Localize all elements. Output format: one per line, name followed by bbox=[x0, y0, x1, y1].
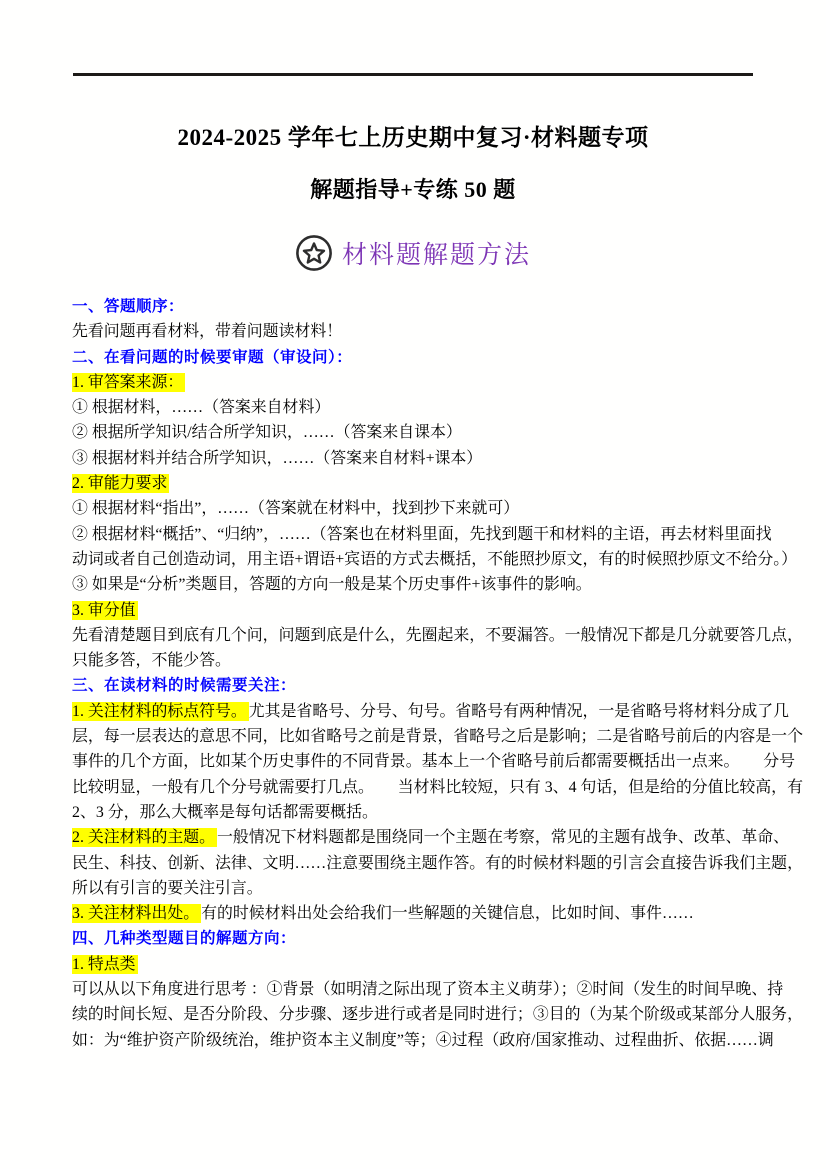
highlighted-text: 1. 特点类 bbox=[72, 955, 138, 974]
text-line: 2. 审能力要求 bbox=[72, 471, 767, 496]
method-heading: 材料题解题方法 bbox=[0, 234, 826, 272]
text-line: ① 根据材料“指出”，……（答案就在材料中，找到抄下来就可） bbox=[72, 496, 767, 521]
section-heading: 一、答题顺序： bbox=[72, 298, 184, 315]
text-line: 层，每一层表达的意思不同，比如省略号之前是背景，省略号之后是影响；二是省略号前后… bbox=[72, 724, 767, 749]
body-text: ③ 根据材料并结合所学知识，……（答案来自材料+课本） bbox=[72, 450, 482, 467]
method-heading-label: 材料题解题方法 bbox=[342, 235, 531, 271]
text-line: 四、几种类型题目的解题方向： bbox=[72, 926, 767, 951]
text-line: 民生、科技、创新、法律、文明……注意要围绕主题作答。有的时候材料题的引言会直接告… bbox=[72, 851, 767, 876]
body-text: 一般情况下材料题都是围绕同一个主题在考察，常见的主题有战争、改革、革命、 bbox=[217, 829, 789, 846]
body-text: 只能多答，不能少答。 bbox=[72, 652, 231, 669]
text-line: ③ 如果是“分析”类题目，答题的方向一般是某个历史事件+该事件的影响。 bbox=[72, 572, 767, 597]
text-line: 三、在读材料的时候需要关注： bbox=[72, 673, 767, 698]
body-text: ① 根据材料“指出”，……（答案就在材料中，找到抄下来就可） bbox=[72, 500, 519, 517]
document-page: 2024-2025 学年七上历史期中复习·材料题专项 解题指导+专练 50 题 … bbox=[0, 0, 826, 1169]
text-line: 1. 审答案来源： bbox=[72, 370, 767, 395]
body-text: 尤其是省略号、分号、句号。省略号有两种情况，一是省略号将材料分成了几 bbox=[249, 703, 789, 720]
highlighted-text: 2. 关注材料的主题。 bbox=[72, 828, 217, 847]
text-line: 动词或者自己创造动词，用主语+谓语+宾语的方式去概括，不能照抄原文，有的时候照抄… bbox=[72, 547, 767, 572]
body-text: ③ 如果是“分析”类题目，答题的方向一般是某个历史事件+该事件的影响。 bbox=[72, 576, 592, 593]
body-text: 比较明显，一般有几个分号就需要打几点。 当材料比较短，只有 3、4 句话，但是给… bbox=[72, 779, 803, 796]
text-line: 可以从以下角度进行思考 ：①背景（如明清之际出现了资本主义萌芽）；②时间（发生的… bbox=[72, 977, 767, 1002]
text-line: 所以有引言的要关注引言。 bbox=[72, 876, 767, 901]
content-body: 一、答题顺序：先看问题再看材料，带着问题读材料！二、在看问题的时候要审题（审设问… bbox=[72, 294, 767, 1053]
document-subtitle: 解题指导+专练 50 题 bbox=[0, 173, 826, 204]
text-line: 1. 关注材料的标点符号。尤其是省略号、分号、句号。省略号有两种情况，一是省略号… bbox=[72, 699, 767, 724]
text-line: 一、答题顺序： bbox=[72, 294, 767, 319]
section-heading: 三、在读材料的时候需要关注： bbox=[72, 677, 296, 694]
body-text: 续的时间长短、是否分阶段、分步骤、逐步进行或者是同时进行；③目的（为某个阶级或某… bbox=[72, 1006, 803, 1023]
body-text: ① 根据材料，……（答案来自材料） bbox=[72, 399, 330, 416]
highlighted-text: 3. 关注材料出处。 bbox=[72, 904, 201, 923]
section-heading: 四、几种类型题目的解题方向： bbox=[72, 930, 296, 947]
text-line: 3. 关注材料出处。有的时候材料出处会给我们一些解题的关键信息，比如时间、事件…… bbox=[72, 901, 767, 926]
section-heading: 二、在看问题的时候要审题（审设问）： bbox=[72, 349, 352, 366]
text-line: 比较明显，一般有几个分号就需要打几点。 当材料比较短，只有 3、4 句话，但是给… bbox=[72, 775, 767, 800]
text-line: 续的时间长短、是否分阶段、分步骤、逐步进行或者是同时进行；③目的（为某个阶级或某… bbox=[72, 1002, 767, 1027]
text-line: ② 根据所学知识/结合所学知识，……（答案来自课本） bbox=[72, 420, 767, 445]
body-text: 2、3 分，那么大概率是每句话都需要概括。 bbox=[72, 804, 378, 821]
body-text: 先看清楚题目到底有几个问，问题到底是什么，先圈起来，不要漏答。一般情况下都是几分… bbox=[72, 627, 803, 644]
text-line: 先看清楚题目到底有几个问，问题到底是什么，先圈起来，不要漏答。一般情况下都是几分… bbox=[72, 623, 767, 648]
body-text: 民生、科技、创新、法律、文明……注意要围绕主题作答。有的时候材料题的引言会直接告… bbox=[72, 855, 803, 872]
text-line: 2. 关注材料的主题。一般情况下材料题都是围绕同一个主题在考察，常见的主题有战争… bbox=[72, 825, 767, 850]
body-text: ② 根据所学知识/结合所学知识，……（答案来自课本） bbox=[72, 424, 462, 441]
text-line: ② 根据材料“概括”、“归纳”，……（答案也在材料里面，先找到题干和材料的主语，… bbox=[72, 522, 767, 547]
header-rule bbox=[73, 73, 753, 76]
body-text: 所以有引言的要关注引言。 bbox=[72, 880, 263, 897]
body-text: 事件的几个方面，比如某个历史事件的不同背景。基本上一个省略号前后都需要概括出一点… bbox=[72, 753, 795, 770]
highlighted-text: 1. 审答案来源： bbox=[72, 373, 185, 392]
highlighted-text: 3. 审分值 bbox=[72, 601, 138, 620]
text-line: 先看问题再看材料，带着问题读材料！ bbox=[72, 319, 767, 344]
text-line: 只能多答，不能少答。 bbox=[72, 648, 767, 673]
text-line: 3. 审分值 bbox=[72, 598, 767, 623]
body-text: 层，每一层表达的意思不同，比如省略号之前是背景，省略号之后是影响；二是省略号前后… bbox=[72, 728, 803, 745]
text-line: ③ 根据材料并结合所学知识，……（答案来自材料+课本） bbox=[72, 446, 767, 471]
text-line: 1. 特点类 bbox=[72, 952, 767, 977]
text-line: 2、3 分，那么大概率是每句话都需要概括。 bbox=[72, 800, 767, 825]
body-text: 如：为“维护资产阶级统治，维护资本主义制度”等；④过程（政府/国家推动、过程曲折… bbox=[72, 1032, 774, 1049]
text-line: 如：为“维护资产阶级统治，维护资本主义制度”等；④过程（政府/国家推动、过程曲折… bbox=[72, 1028, 767, 1053]
body-text: 有的时候材料出处会给我们一些解题的关键信息，比如时间、事件…… bbox=[201, 905, 694, 922]
star-circle-icon bbox=[295, 234, 333, 272]
text-line: 二、在看问题的时候要审题（审设问）： bbox=[72, 345, 767, 370]
text-line: 事件的几个方面，比如某个历史事件的不同背景。基本上一个省略号前后都需要概括出一点… bbox=[72, 749, 767, 774]
body-text: 动词或者自己创造动词，用主语+谓语+宾语的方式去概括，不能照抄原文，有的时候照抄… bbox=[72, 551, 797, 568]
document-title: 2024-2025 学年七上历史期中复习·材料题专项 bbox=[0, 119, 826, 152]
body-text: 先看问题再看材料，带着问题读材料！ bbox=[72, 323, 342, 340]
body-text: ② 根据材料“概括”、“归纳”，……（答案也在材料里面，先找到题干和材料的主语，… bbox=[72, 526, 772, 543]
text-line: ① 根据材料，……（答案来自材料） bbox=[72, 395, 767, 420]
highlighted-text: 2. 审能力要求 bbox=[72, 474, 169, 493]
highlighted-text: 1. 关注材料的标点符号。 bbox=[72, 702, 249, 721]
body-text: 可以从以下角度进行思考 ：①背景（如明清之际出现了资本主义萌芽）；②时间（发生的… bbox=[72, 981, 783, 998]
